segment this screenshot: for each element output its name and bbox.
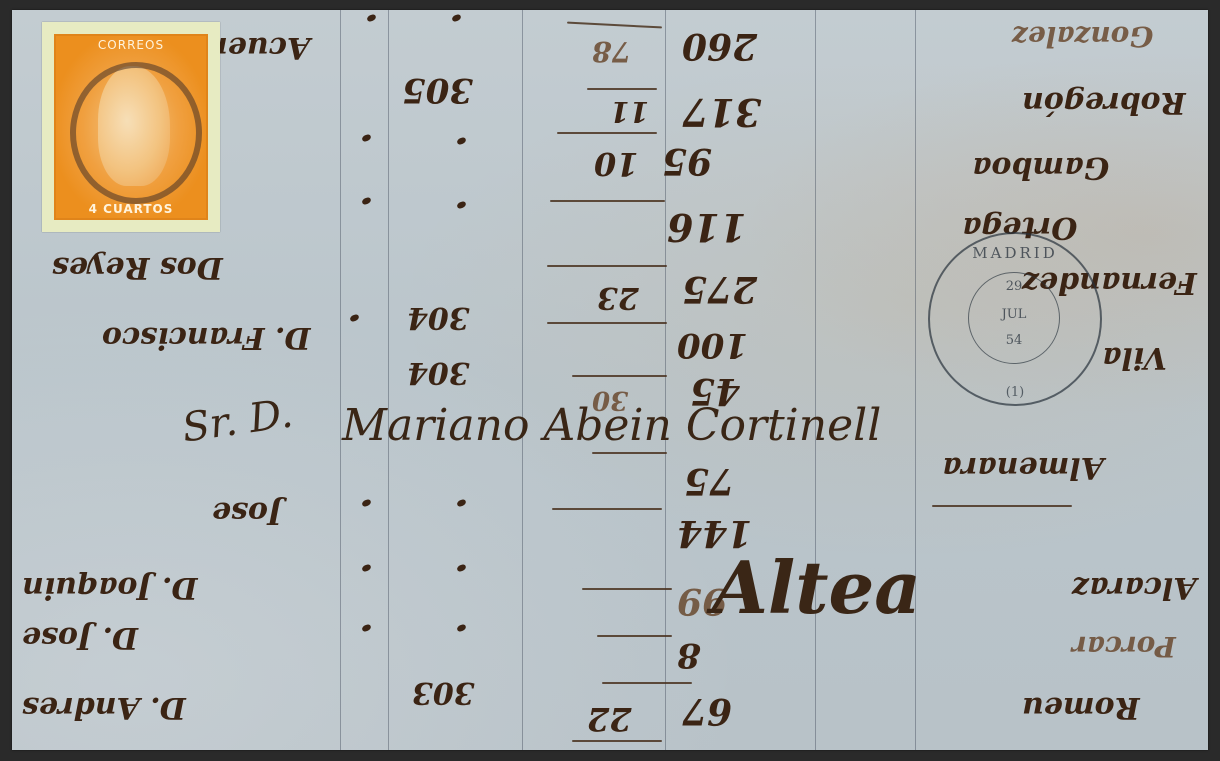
ledger-name: Vila [1102, 340, 1167, 375]
stamp-top-text: CORREOS [56, 38, 206, 52]
ledger-name: Gonzalez [1012, 20, 1153, 53]
ledger-name: Jose [212, 495, 282, 530]
ledger-stroke [547, 322, 667, 324]
ditto-mark [361, 197, 372, 206]
ledger-number: 22 [587, 700, 632, 738]
postage-stamp: CORREOS 4 CUARTOS [42, 22, 220, 232]
ditto-mark [366, 14, 377, 23]
ditto-mark [451, 14, 462, 23]
ditto-mark [456, 499, 467, 508]
ledger-number: 305 [402, 70, 473, 110]
stamp-denomination: 4 CUARTOS [56, 202, 206, 216]
ledger-number: 275 [682, 268, 757, 310]
ledger-stroke [602, 682, 692, 684]
address-destination: Altea [712, 545, 921, 630]
ledger-name: D. Jose [22, 620, 138, 655]
postmark-month: JUL [969, 307, 1059, 322]
ledger-number: 304 [407, 355, 470, 390]
ditto-mark [456, 137, 467, 146]
ruled-line [340, 10, 341, 750]
ledger-stroke [552, 508, 662, 510]
ledger-stroke [572, 740, 662, 742]
ledger-stroke [550, 200, 665, 202]
ruled-line [815, 10, 816, 750]
postmark-cds: MADRID 29 JUL 54 (1) [928, 232, 1102, 406]
ledger-number: 23 [597, 280, 639, 315]
ruled-line [915, 10, 916, 750]
address-name: Mariano Abein Cortinell [342, 400, 881, 451]
address-salutation: Sr. D. [179, 391, 295, 452]
ditto-mark [456, 624, 467, 633]
ledger-name: Almenara [942, 450, 1104, 485]
ledger-name: D. Joaquin [22, 570, 197, 605]
ruled-line [522, 10, 523, 750]
ledger-number: 100 [677, 325, 748, 365]
stamp-cancellation [70, 62, 202, 204]
ledger-name: D. Francisco [102, 320, 311, 355]
ledger-name: Robregón [1022, 85, 1186, 120]
ledger-stroke [932, 505, 1072, 507]
ledger-stroke [587, 88, 657, 90]
ruled-line [665, 10, 666, 750]
ledger-stroke [557, 132, 657, 134]
ditto-mark [361, 499, 372, 508]
ledger-name: Alcaraz [1072, 570, 1197, 605]
ledger-name: Porcar [1072, 630, 1176, 663]
ledger-name: Romeu [1022, 690, 1140, 725]
ledger-number: 8 [677, 635, 701, 675]
postmark-inner-ring: 29 JUL 54 [968, 272, 1060, 364]
ledger-name: Gamboa [972, 150, 1109, 185]
ledger-number: 11 [610, 95, 649, 128]
ledger-number: 95 [662, 140, 712, 182]
postmark-year: 54 [969, 333, 1059, 348]
ledger-number: 78 [592, 35, 631, 68]
ditto-mark [349, 314, 360, 323]
ledger-stroke [592, 452, 667, 454]
ledger-stroke [567, 22, 662, 29]
ditto-mark [361, 564, 372, 573]
ledger-name: Acuer [212, 30, 310, 65]
ledger-number: 67 [682, 690, 732, 732]
ledger-stroke [572, 375, 667, 377]
postmark-city: MADRID [930, 244, 1100, 262]
ledger-number: 10 [594, 145, 639, 183]
ruled-line [388, 10, 389, 750]
ditto-mark [456, 564, 467, 573]
postmark-office: (1) [930, 385, 1100, 400]
ledger-number: 304 [407, 300, 470, 335]
ditto-mark [456, 201, 467, 210]
ledger-stroke [597, 635, 672, 637]
ledger-number: 303 [412, 675, 475, 710]
ledger-stroke [582, 588, 672, 590]
postmark-day: 29 [969, 279, 1059, 294]
ledger-number: 116 [667, 205, 746, 250]
ditto-mark [361, 134, 372, 143]
ditto-mark [361, 624, 372, 633]
ledger-name: Dos Reyes [52, 250, 223, 285]
ledger-number: 75 [684, 460, 734, 502]
ledger-stroke [547, 265, 667, 267]
ledger-name: D. Andres [22, 690, 186, 725]
ledger-number: 260 [682, 25, 757, 67]
ledger-number: 317 [682, 90, 761, 135]
